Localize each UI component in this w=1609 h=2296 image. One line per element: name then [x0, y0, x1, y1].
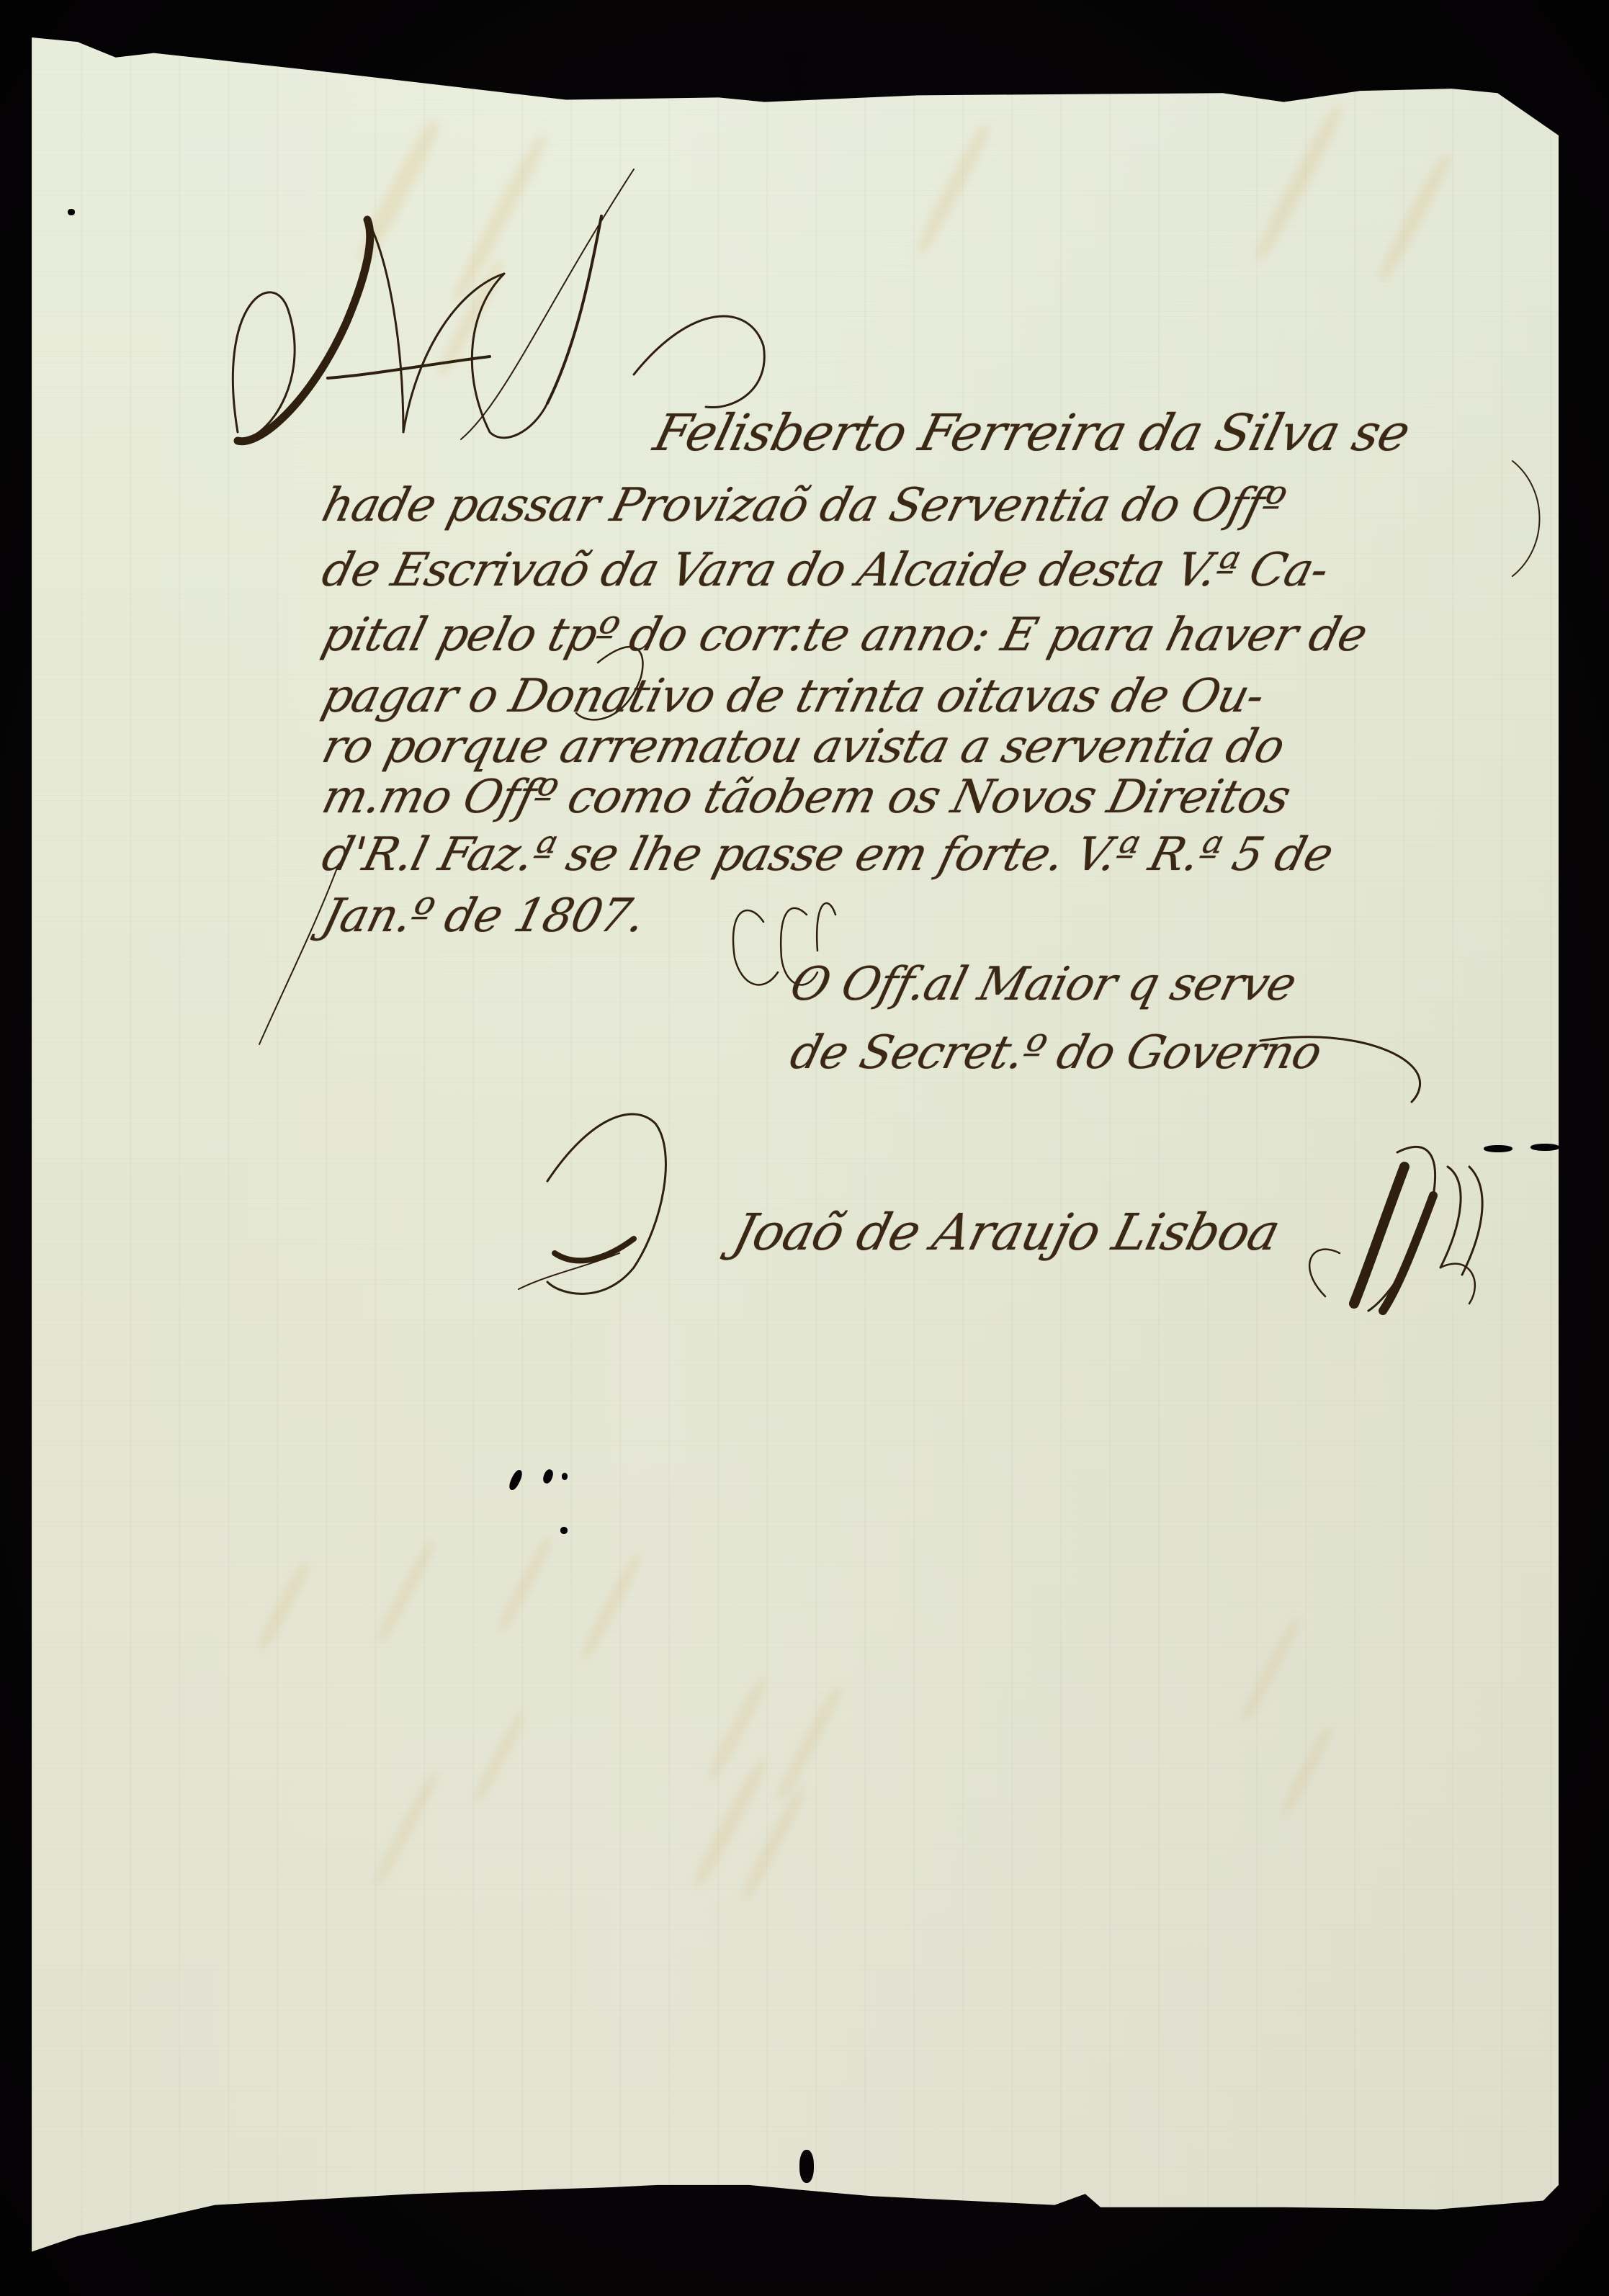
signature-name: Joaõ de Araujo Lisboa: [727, 1203, 1286, 1262]
body-line-7: m.mo Offº como tãobem os Novos Direitos: [317, 771, 1295, 824]
body-line-4: pital pelo tpº do corr.te anno: E para h…: [317, 609, 1372, 662]
body-line-3: de Escrivaõ da Vara do Alcaide desta V.ª…: [317, 544, 1333, 597]
attestation-line-2: de Secret.º do Governo: [785, 1026, 1327, 1080]
body-line-6: ro porque arrematou avista a serventia d…: [317, 720, 1289, 773]
body-line-8: d'R.l Faz.ª se lhe passe em forte. V.ª R…: [317, 828, 1338, 882]
body-line-5: pagar o Donativo de trinta oitavas de Ou…: [317, 670, 1269, 723]
body-line-9-date: Jan.º de 1807.: [317, 889, 650, 943]
manuscript-text: N. S. Felisberto Ferreira da Silva se ha…: [0, 0, 1609, 2296]
body-line-1: Felisberto Ferreira da Silva se: [648, 403, 1415, 462]
body-line-2: hade passar Provizaõ da Serventia do Off…: [317, 479, 1290, 532]
attestation-line-1: O Off.al Maior q serve: [785, 958, 1301, 1011]
